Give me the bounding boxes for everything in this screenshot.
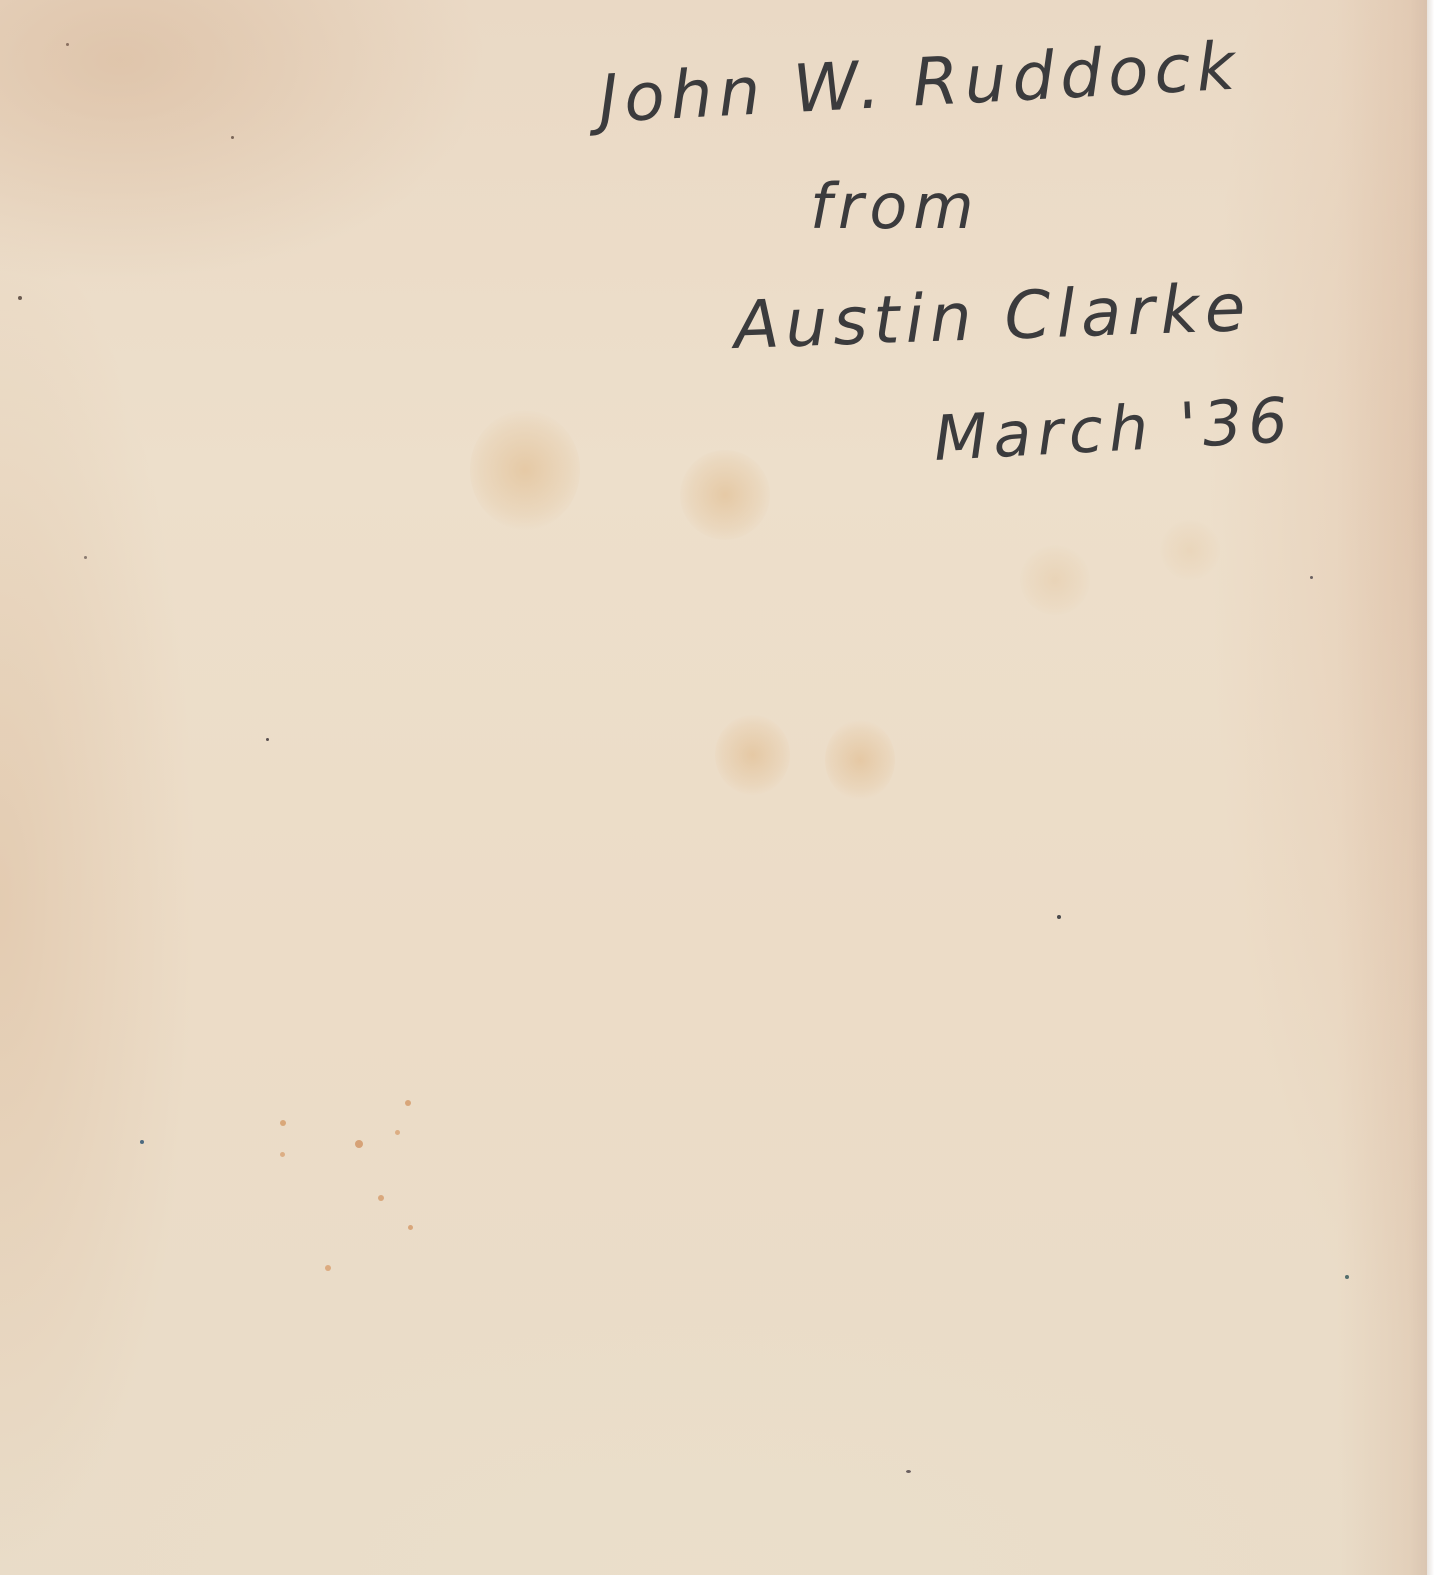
foxing-stain	[1020, 545, 1090, 615]
inscription-author: Austin Clarke	[729, 269, 1253, 364]
dust-speck	[266, 738, 269, 741]
dust-speck	[1057, 915, 1061, 919]
handwritten-inscription: John W. Ruddock from Austin Clarke March…	[560, 10, 1380, 490]
foxing-speck	[408, 1225, 413, 1230]
foxing-speck	[405, 1100, 411, 1106]
inscription-recipient: John W. Ruddock	[586, 27, 1243, 138]
dust-speck	[1345, 1275, 1349, 1279]
foxing-speck	[325, 1265, 331, 1271]
dust-speck	[1310, 576, 1313, 579]
page-gutter-edge	[1427, 0, 1439, 1575]
foxing-speck	[378, 1195, 384, 1201]
foxing-speck	[355, 1140, 363, 1148]
foxing-stain	[715, 715, 790, 795]
dust-speck	[231, 136, 234, 139]
inscription-from: from	[810, 170, 980, 243]
foxing-stain	[1160, 520, 1220, 580]
dust-speck	[140, 1140, 144, 1144]
foxing-speck	[280, 1120, 286, 1126]
dust-speck	[84, 556, 87, 559]
book-flyleaf-page: John W. Ruddock from Austin Clarke March…	[0, 0, 1427, 1575]
dust-speck	[18, 296, 22, 300]
dust-speck	[906, 1470, 911, 1473]
foxing-stain	[825, 720, 895, 800]
dust-speck	[66, 43, 69, 46]
foxing-speck	[280, 1152, 285, 1157]
inscription-date: March '36	[932, 383, 1295, 475]
foxing-speck	[395, 1130, 400, 1135]
